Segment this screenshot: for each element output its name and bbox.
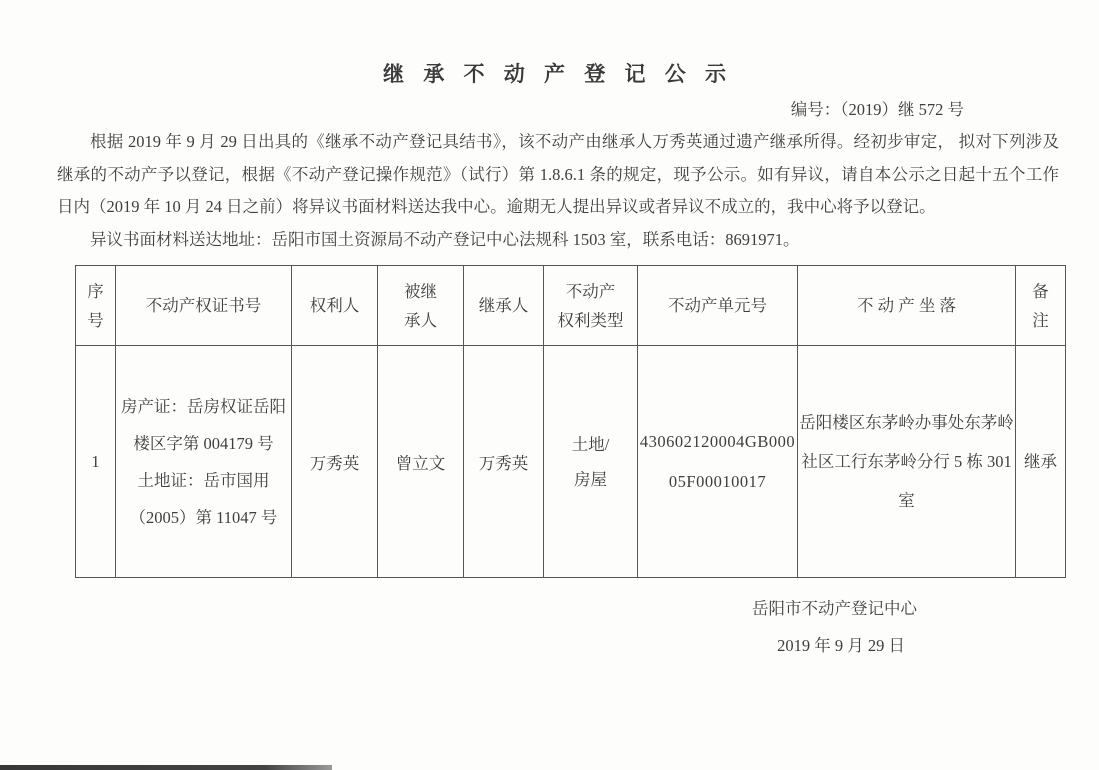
cell-unit-no: 430602120004GB00005F00010017 — [638, 346, 798, 578]
scanned-notice-page: 继 承 不 动 产 登 记 公 示 编号：（2019）继 572 号 根据 20… — [0, 0, 1099, 770]
cell-right-holder: 万秀英 — [292, 346, 378, 578]
notice-paragraph-2: 异议书面材料送达地址：岳阳市国土资源局不动产登记中心法规科 1503 室，联系电… — [57, 224, 1059, 257]
page-title: 继 承 不 动 产 登 记 公 示 — [57, 58, 1059, 88]
header-decedent: 被继 承人 — [378, 266, 464, 346]
header-heir: 继承人 — [464, 266, 544, 346]
table-header-row: 序 号 不动产权证书号 权利人 被继 承人 继承人 不动产 — [76, 266, 1066, 346]
registry-table: 序 号 不动产权证书号 权利人 被继 承人 继承人 不动产 — [75, 265, 1066, 578]
cell-remark: 继承 — [1016, 346, 1066, 578]
cell-right-type: 土地/ 房屋 — [544, 346, 638, 578]
cell-location: 岳阳楼区东茅岭办事处东茅岭社区工行东茅岭分行 5 栋 301 室 — [798, 346, 1016, 578]
cert-line-house: 房产证：岳房权证岳阳楼区字第 004179 号 — [116, 388, 291, 462]
header-seq: 序 号 — [76, 266, 116, 346]
header-location: 不 动 产 坐 落 — [798, 266, 1016, 346]
header-unit-no: 不动产单元号 — [638, 266, 798, 346]
doc-number: 编号：（2019）继 572 号 — [57, 96, 1059, 120]
footer-org: 岳阳市不动产登记中心 — [57, 595, 1059, 619]
cell-cert-no: 房产证：岳房权证岳阳楼区字第 004179 号 土地证：岳市国用（2005）第 … — [116, 346, 292, 578]
header-right-type: 不动产 权利类型 — [544, 266, 638, 346]
header-cert-no: 不动产权证书号 — [116, 266, 292, 346]
cert-line-land: 土地证：岳市国用（2005）第 11047 号 — [116, 462, 291, 536]
notice-content: 继 承 不 动 产 登 记 公 示 编号：（2019）继 572 号 根据 20… — [0, 58, 1099, 656]
cell-heir: 万秀英 — [464, 346, 544, 578]
header-remark: 备 注 — [1016, 266, 1066, 346]
table-row: 1 房产证：岳房权证岳阳楼区字第 004179 号 土地证：岳市国用（2005）… — [76, 346, 1066, 578]
scan-edge-artifact — [0, 765, 332, 770]
signature-block: 岳阳市不动产登记中心 2019 年 9 月 29 日 — [57, 595, 1059, 656]
header-right-holder: 权利人 — [292, 266, 378, 346]
footer-date: 2019 年 9 月 29 日 — [57, 632, 1059, 656]
notice-body: 根据 2019 年 9 月 29 日出具的《继承不动产登记具结书》，该不动产由继… — [57, 126, 1059, 256]
cell-decedent: 曾立文 — [378, 346, 464, 578]
cell-seq: 1 — [76, 346, 116, 578]
notice-paragraph-1: 根据 2019 年 9 月 29 日出具的《继承不动产登记具结书》，该不动产由继… — [57, 126, 1059, 224]
